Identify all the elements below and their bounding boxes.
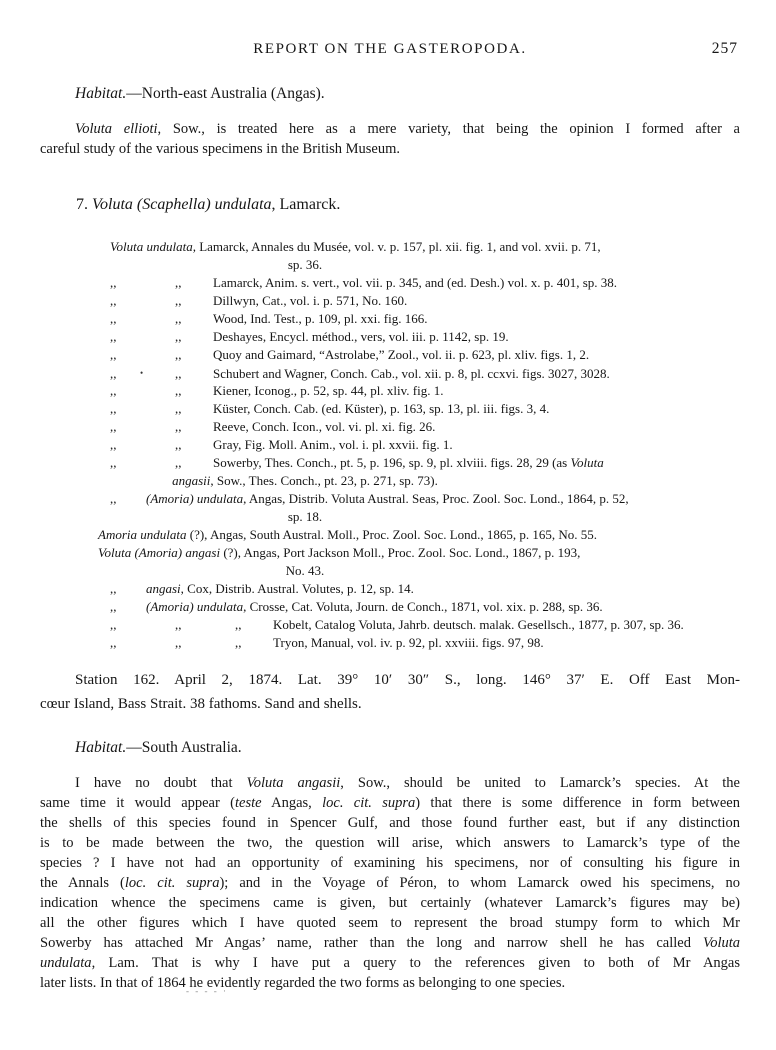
text-run: Voluta (Amoria) angasi xyxy=(98,545,220,560)
text-run: Station 162. April 2, 1874. Lat. 39° 10′… xyxy=(75,672,740,688)
ditto-mark: ,, xyxy=(175,382,213,400)
text-line: is to be made between the two, the quest… xyxy=(40,833,740,853)
synonymy-row: ,,(Amoria) undulata, Crosse, Cat. Voluta… xyxy=(40,598,740,616)
paragraph-ellioti: Voluta ellioti, Sow., is treated here as… xyxy=(40,119,740,159)
text-run: , Sow., Thes. Conch., pt. 23, p. 271, sp… xyxy=(210,473,438,488)
text-run: Quoy and Gaimard, “Astrolabe,” Zool., vo… xyxy=(213,347,589,362)
text-run: Kiener, Iconog., p. 52, sp. 44, pl. xliv… xyxy=(213,383,443,398)
text-run: ); and in the Voyage of Péron, to whom L… xyxy=(219,875,740,891)
text-run: , Sow., is treated here as a mere variet… xyxy=(158,121,740,137)
text-run: is to be made between the two, the quest… xyxy=(40,835,740,851)
synonymy-row: No. 43. xyxy=(40,562,570,580)
synonymy-row: ,,(Amoria) undulata, Angas, Distrib. Vol… xyxy=(40,490,740,508)
text-run: I have no doubt that xyxy=(75,775,247,791)
text-run: 7. xyxy=(76,196,92,213)
ditto-mark: ,, xyxy=(175,292,213,310)
text-run: Voluta xyxy=(703,935,740,951)
synonymy-row: ,,angasi, Cox, Distrib. Austral. Volutes… xyxy=(40,580,740,598)
synonymy-row: ,,,,Deshayes, Encycl. méthod., vers, vol… xyxy=(40,328,740,346)
synonymy-row: Voluta undulata, Lamarck, Annales du Mus… xyxy=(40,238,740,256)
ditto-mark: ,, xyxy=(110,400,175,418)
ditto-mark: ,, xyxy=(175,274,213,292)
text-run: Sowerby, Thes. Conch., pt. 5, p. 196, sp… xyxy=(213,455,571,470)
ditto-mark: ,, xyxy=(175,616,235,634)
text-run: (Amoria) undulata xyxy=(146,599,243,614)
text-run: (?), Angas, Port Jackson Moll., Proc. Zo… xyxy=(220,545,580,560)
ditto-mark: ,, xyxy=(110,436,175,454)
text-line: later lists. In that of 1864 he evidentl… xyxy=(40,973,740,993)
text-run: , Angas, Distrib. Voluta Austral. Seas, … xyxy=(243,491,629,506)
text-line: Station 162. April 2, 1874. Lat. 39° 10′… xyxy=(40,668,740,692)
text-run: Wood, Ind. Test., p. 109, pl. xxi. fig. … xyxy=(213,311,427,326)
synonymy-row: ,,,,,,Kobelt, Catalog Voluta, Jahrb. deu… xyxy=(40,616,740,634)
ditto-mark: ,, xyxy=(110,634,175,652)
text-run: loc. cit. supra xyxy=(322,795,415,811)
ditto-mark: ,, xyxy=(110,292,175,310)
ditto-mark: ,, xyxy=(235,616,273,634)
ditto-mark: ,, xyxy=(175,436,213,454)
text-line: same time it would appear (teste Angas, … xyxy=(40,793,740,813)
text-run: Reeve, Conch. Icon., vol. vi. pl. xi. fi… xyxy=(213,419,435,434)
text-run: (Amoria) undulata xyxy=(146,491,243,506)
text-run: Angas, xyxy=(262,795,323,811)
ditto-mark: ,, xyxy=(110,454,175,472)
ditto-mark: ,, xyxy=(175,418,213,436)
text-run: Deshayes, Encycl. méthod., vers, vol. ii… xyxy=(213,329,509,344)
ditto-mark: ,, xyxy=(175,365,213,382)
text-run: , Lamarck. xyxy=(272,196,341,213)
text-line: Voluta ellioti, Sow., is treated here as… xyxy=(40,119,740,139)
text-run: Voluta ellioti xyxy=(75,121,158,137)
synonymy-row: ,,,,Reeve, Conch. Icon., vol. vi. pl. xi… xyxy=(40,418,740,436)
text-line: cœur Island, Bass Strait. 38 fathoms. Sa… xyxy=(40,692,740,716)
synonymy-row: ,,,,Lamarck, Anim. s. vert., vol. vii. p… xyxy=(40,274,740,292)
station-paragraph: Station 162. April 2, 1874. Lat. 39° 10′… xyxy=(40,668,740,716)
text-run: , Crosse, Cat. Voluta, Journ. de Conch.,… xyxy=(243,599,603,614)
running-head: REPORT ON THE GASTEROPODA. 257 xyxy=(40,40,740,58)
text-line: careful study of the various specimens i… xyxy=(40,139,740,159)
text-run: Lamarck, Annales du Musée, vol. v. p. 15… xyxy=(196,239,601,254)
synonymy-row: angasii, Sow., Thes. Conch., pt. 23, p. … xyxy=(40,472,570,490)
ditto-mark: ,, xyxy=(110,616,175,634)
text-run: , Sow., should be united to Lamarck’s sp… xyxy=(340,775,740,791)
text-run: Lamarck, Anim. s. vert., vol. vii. p. 34… xyxy=(213,275,617,290)
habitat-north-line: Habitat.—North-east Australia (Angas). xyxy=(40,84,740,104)
text-run: careful study of the various specimens i… xyxy=(40,141,400,157)
text-run: cœur Island, Bass Strait. 38 fathoms. Sa… xyxy=(40,696,362,712)
ditto-mark: ,, xyxy=(175,634,235,652)
text-run: angasii xyxy=(172,473,210,488)
text-run: Gray, Fig. Moll. Anim., vol. i. pl. xxvi… xyxy=(213,437,453,452)
species-heading: 7. Voluta (Scaphella) undulata, Lamarck. xyxy=(40,195,740,215)
ditto-mark: ,, xyxy=(110,346,175,364)
synonymy-row: sp. 18. xyxy=(40,508,570,526)
text-run: later lists. In that of 1864 he evidentl… xyxy=(40,975,565,991)
text-run: Kobelt, Catalog Voluta, Jahrb. deutsch. … xyxy=(273,617,684,632)
text-run: angasi xyxy=(146,581,181,596)
ditto-mark: ,, xyxy=(110,382,175,400)
text-line: all the other figures which I have quote… xyxy=(40,913,740,933)
text-run: Habitat. xyxy=(75,739,126,756)
text-run: Voluta xyxy=(571,455,604,470)
ditto-mark: ,, xyxy=(175,454,213,472)
text-run: Habitat. xyxy=(75,85,126,102)
text-run: —South Australia. xyxy=(126,739,241,756)
text-run: all the other figures which I have quote… xyxy=(40,915,740,931)
text-run: , Lam. That is why I have put a query to… xyxy=(92,955,740,971)
page-number: 257 xyxy=(712,40,738,58)
text-run: the shells of this species found in Spen… xyxy=(40,815,740,831)
ditto-mark: ,, xyxy=(110,598,146,616)
synonymy-row: ,,,,Küster, Conch. Cab. (ed. Küster), p.… xyxy=(40,400,740,418)
ditto-mark: ,, xyxy=(175,400,213,418)
text-run: , Cox, Distrib. Austral. Volutes, p. 12,… xyxy=(181,581,414,596)
text-line: species ? I have not had an opportunity … xyxy=(40,853,740,873)
text-run: ) that there is some difference in form … xyxy=(415,795,740,811)
discussion-paragraph: I have no doubt that Voluta angasii, Sow… xyxy=(40,773,740,993)
text-line: indication whence the specimens came is … xyxy=(40,893,740,913)
text-line: the shells of this species found in Spen… xyxy=(40,813,740,833)
text-run: Tryon, Manual, vol. iv. p. 92, pl. xxvii… xyxy=(273,635,544,650)
synonymy-row: ,,,,Kiener, Iconog., p. 52, sp. 44, pl. … xyxy=(40,382,740,400)
text-run: loc. cit. supra xyxy=(125,875,220,891)
synonymy-row: ,,,,Gray, Fig. Moll. Anim., vol. i. pl. … xyxy=(40,436,740,454)
ditto-mark: ,, xyxy=(235,634,273,652)
text-run: Schubert and Wagner, Conch. Cab., vol. x… xyxy=(213,366,610,381)
ditto-mark: ,, xyxy=(110,580,146,598)
text-line: I have no doubt that Voluta angasii, Sow… xyxy=(40,773,740,793)
text-line: undulata, Lam. That is why I have put a … xyxy=(40,953,740,973)
synonymy-row: ,,,,Sowerby, Thes. Conch., pt. 5, p. 196… xyxy=(40,454,740,472)
text-run: indication whence the specimens came is … xyxy=(40,895,740,911)
text-run: undulata xyxy=(40,955,92,971)
text-run: sp. 18. xyxy=(288,509,322,524)
synonymy-row: ,,,,Quoy and Gaimard, “Astrolabe,” Zool.… xyxy=(40,346,740,364)
ditto-mark: ,, xyxy=(175,346,213,364)
ditto-mark: ,, xyxy=(110,365,140,382)
synonymy-row: ,,,,Wood, Ind. Test., p. 109, pl. xxi. f… xyxy=(40,310,740,328)
ditto-mark: ,, xyxy=(175,310,213,328)
habitat-south-line: Habitat.—South Australia. xyxy=(40,738,740,758)
ink-speck: • xyxy=(140,364,175,382)
ditto-mark: ,, xyxy=(110,310,175,328)
synonymy-row: Voluta (Amoria) angasi (?), Angas, Port … xyxy=(40,544,740,562)
text-run: No. 43. xyxy=(286,563,325,578)
text-run: Amoria undulata xyxy=(98,527,186,542)
text-run: Küster, Conch. Cab. (ed. Küster), p. 163… xyxy=(213,401,549,416)
text-run: same time it would appear ( xyxy=(40,795,235,811)
text-run: Voluta (Scaphella) undulata xyxy=(92,196,272,213)
text-run: Voluta angasii xyxy=(247,775,341,791)
document-page: REPORT ON THE GASTEROPODA. 257 Habitat.—… xyxy=(0,0,776,1050)
synonymy-row: ,,,,,,Tryon, Manual, vol. iv. p. 92, pl.… xyxy=(40,634,740,652)
text-run: sp. 36. xyxy=(288,257,322,272)
page-title: REPORT ON THE GASTEROPODA. xyxy=(253,41,527,57)
synonymy-row: ,,,,Dillwyn, Cat., vol. i. p. 571, No. 1… xyxy=(40,292,740,310)
ditto-mark: ,, xyxy=(110,274,175,292)
ditto-mark: ,, xyxy=(175,328,213,346)
text-run: Dillwyn, Cat., vol. i. p. 571, No. 160. xyxy=(213,293,407,308)
text-line: the Annals (loc. cit. supra); and in the… xyxy=(40,873,740,893)
ditto-mark: ,, xyxy=(110,328,175,346)
ditto-mark: ,, xyxy=(110,490,146,508)
synonymy-list: Voluta undulata, Lamarck, Annales du Mus… xyxy=(40,238,740,652)
synonymy-row: ,,•,,Schubert and Wagner, Conch. Cab., v… xyxy=(40,364,740,382)
synonymy-row: sp. 36. xyxy=(40,256,570,274)
text-run: —North-east Australia (Angas). xyxy=(126,85,324,102)
scan-artifact: - - - - · xyxy=(186,986,228,996)
text-run: species ? I have not had an opportunity … xyxy=(40,855,740,871)
text-run: the Annals ( xyxy=(40,875,125,891)
text-run: (?), Angas, South Austral. Moll., Proc. … xyxy=(186,527,597,542)
text-line: Sowerby has attached Mr Angas’ name, rat… xyxy=(40,933,740,953)
text-run: Sowerby has attached Mr Angas’ name, rat… xyxy=(40,935,703,951)
ditto-mark: ,, xyxy=(110,418,175,436)
text-run: teste xyxy=(235,795,262,811)
synonymy-row: Amoria undulata (?), Angas, South Austra… xyxy=(40,526,740,544)
text-run: Voluta undulata, xyxy=(110,239,196,254)
